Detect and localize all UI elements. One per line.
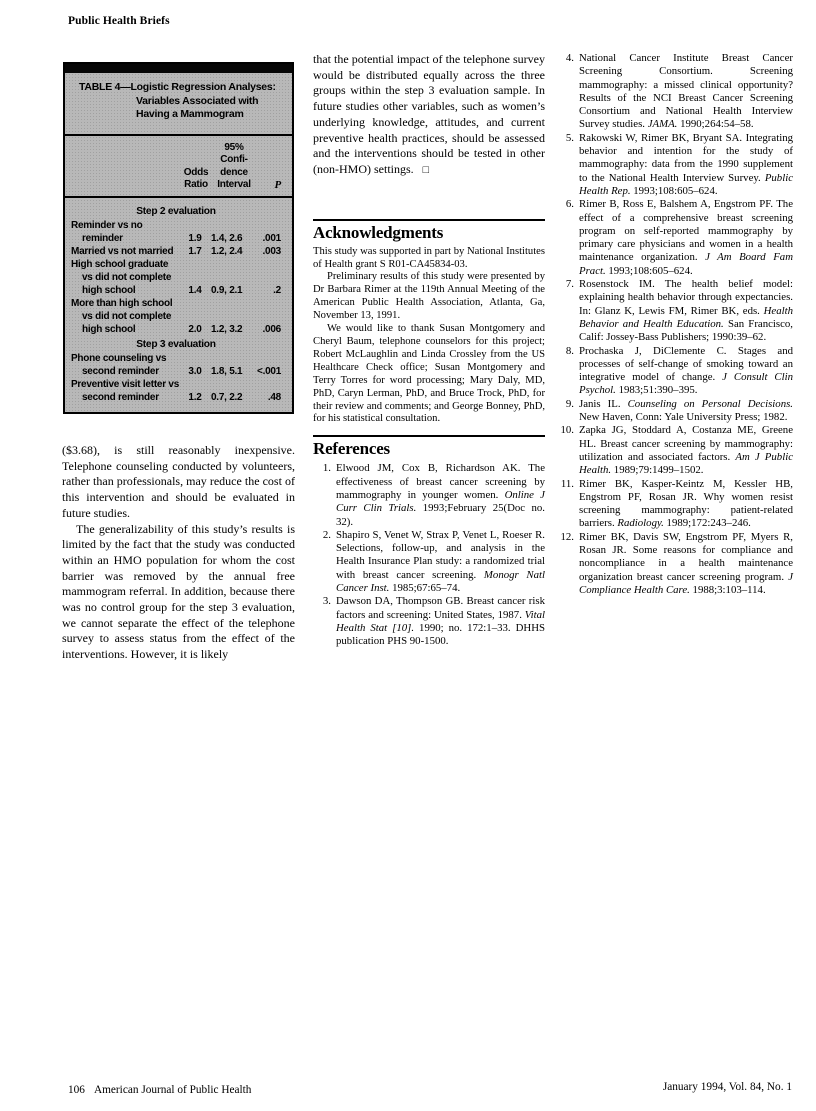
reference-text: Rosenstock IM. The health belief model: …: [579, 278, 793, 344]
table-ci-value: 1.8, 5.1: [210, 365, 257, 378]
body-paragraph-text: that the potential impact of the telepho…: [313, 52, 545, 176]
body-paragraph: ($3.68), is still reasonably inexpensive…: [62, 443, 295, 522]
section-rule: [313, 219, 545, 221]
reference-number: 10.: [556, 424, 574, 477]
reference-text: Rakowski W, Rimer BK, Bryant SA. Integra…: [579, 132, 793, 198]
table-ci-value: 0.7, 2.2: [210, 391, 257, 404]
reference-text: Elwood JM, Cox B, Richardson AK. The eff…: [336, 462, 545, 528]
journal-name: American Journal of Public Health: [94, 1084, 251, 1096]
reference-item: 10. Zapka JG, Stoddard A, Costanza ME, G…: [556, 424, 793, 477]
reference-number: 9.: [556, 398, 574, 425]
reference-item: 5. Rakowski W, Rimer BK, Bryant SA. Inte…: [556, 132, 793, 198]
table-4: TABLE 4—Logistic Regression Analyses: Va…: [63, 62, 294, 414]
journal-page: Public Health Briefs TABLE 4—Logistic Re…: [0, 0, 816, 1111]
reference-number: 1.: [313, 462, 331, 528]
table-row: Reminder vs no reminder 1.9 1.4, 2.6 .00…: [71, 219, 281, 245]
ci-label-line1: 95%: [224, 142, 243, 153]
reference-number: 8.: [556, 345, 574, 398]
ci-label-line4: Interval: [217, 179, 251, 190]
running-head: Public Health Briefs: [68, 15, 170, 27]
table-section-heading: Step 3 evaluation: [71, 336, 281, 352]
table-section-heading: Step 2 evaluation: [71, 203, 281, 219]
acknowledgments-heading: Acknowledgments: [313, 223, 545, 243]
table-row: Phone counseling vs second reminder 3.0 …: [71, 352, 281, 378]
column-header-confidence-interval: 95% Confi- dence Interval: [211, 142, 257, 192]
reference-text: Dawson DA, Thompson GB. Breast cancer ri…: [336, 595, 545, 648]
reference-item: 4. National Cancer Institute Breast Canc…: [556, 52, 793, 132]
reference-number: 5.: [556, 132, 574, 198]
footer-issue-info: January 1994, Vol. 84, No. 1: [663, 1081, 792, 1093]
table-odds-ratio-value: 1.4: [180, 284, 210, 297]
table-ci-value: 0.9, 2.1: [210, 284, 257, 297]
table-row: More than high school vs did not complet…: [71, 297, 281, 336]
table-top-bar: [65, 64, 292, 73]
acknowledgments-section: Acknowledgments This study was supported…: [313, 219, 545, 427]
references-heading: References: [313, 439, 545, 459]
table-p-value: <.001: [257, 365, 281, 378]
body-paragraph: that the potential impact of the telepho…: [313, 52, 545, 179]
acknowledgments-paragraph: We would like to thank Susan Montgomery …: [313, 323, 545, 426]
column-header-p: P: [257, 179, 281, 192]
body-paragraph: The generalizability of this study’s res…: [62, 522, 295, 663]
table-title: TABLE 4—Logistic Regression Analyses: Va…: [65, 73, 292, 134]
reference-item: 7. Rosenstock IM. The health belief mode…: [556, 278, 793, 344]
table-body: Step 2 evaluation Reminder vs no reminde…: [65, 198, 292, 412]
table-column-headers: Odds Ratio 95% Confi- dence Interval P: [65, 136, 292, 196]
reference-text: National Cancer Institute Breast Cancer …: [579, 52, 793, 132]
reference-item: 2. Shapiro S, Venet W, Strax P, Venet L,…: [313, 529, 545, 595]
table-odds-ratio-value: 1.7: [180, 245, 210, 258]
reference-text: Rimer BK, Kasper-Keintz M, Kessler HB, E…: [579, 478, 793, 531]
reference-text: Prochaska J, DiClemente C. Stages and pr…: [579, 345, 793, 398]
table-row-label: Married vs not married: [71, 245, 180, 258]
table-p-value: .48: [257, 391, 281, 404]
table-row-label: Phone counseling vs second reminder: [71, 352, 180, 378]
reference-number: 11.: [556, 478, 574, 531]
ci-label-line2: Confi-: [220, 154, 247, 165]
table-odds-ratio-value: 3.0: [180, 365, 210, 378]
reference-item: 9. Janis IL. Counseling on Personal Deci…: [556, 398, 793, 425]
table-p-value: .003: [257, 245, 281, 258]
reference-item: 12. Rimer BK, Davis SW, Engstrom PF, Mye…: [556, 531, 793, 597]
reference-text: Janis IL. Counseling on Personal Decisio…: [579, 398, 793, 425]
table-ci-value: 1.2, 3.2: [210, 323, 257, 336]
left-column: ($3.68), is still reasonably inexpensive…: [62, 443, 295, 663]
reference-list-col2: 4. National Cancer Institute Breast Canc…: [556, 52, 793, 597]
ci-label-line3: dence: [220, 167, 248, 178]
table-row: Preventive visit letter vs second remind…: [71, 378, 281, 404]
reference-text: Shapiro S, Venet W, Strax P, Venet L, Ro…: [336, 529, 545, 595]
table-odds-ratio-value: 2.0: [180, 323, 210, 336]
table-ci-value: 1.4, 2.6: [210, 232, 257, 245]
table-p-value: .2: [257, 284, 281, 297]
table-row-label: Preventive visit letter vs second remind…: [71, 378, 180, 404]
reference-number: 12.: [556, 531, 574, 597]
end-of-article-marker: □: [423, 165, 429, 176]
reference-item: 1. Elwood JM, Cox B, Richardson AK. The …: [313, 462, 545, 528]
reference-number: 7.: [556, 278, 574, 344]
acknowledgments-paragraph: Preliminary results of this study were p…: [313, 271, 545, 323]
right-column: 4. National Cancer Institute Breast Canc…: [556, 52, 793, 597]
odds-label-line1: Odds: [184, 167, 209, 178]
reference-number: 4.: [556, 52, 574, 132]
table-ci-value: 1.2, 2.4: [210, 245, 257, 258]
reference-item: 8. Prochaska J, DiClemente C. Stages and…: [556, 345, 793, 398]
table-row: High school graduate vs did not complete…: [71, 258, 281, 297]
reference-item: 11. Rimer BK, Kasper-Keintz M, Kessler H…: [556, 478, 793, 531]
table-row-label: High school graduate vs did not complete…: [71, 258, 180, 297]
table-p-value: .006: [257, 323, 281, 336]
table-p-value: .001: [257, 232, 281, 245]
acknowledgments-paragraph: This study was supported in part by Nati…: [313, 246, 545, 272]
section-rule: [313, 435, 545, 437]
table-row: Married vs not married 1.7 1.2, 2.4 .003: [71, 245, 281, 258]
reference-number: 6.: [556, 198, 574, 278]
references-section: References 1. Elwood JM, Cox B, Richards…: [313, 435, 545, 648]
middle-column: that the potential impact of the telepho…: [313, 52, 545, 648]
page-number: 106: [68, 1084, 85, 1096]
reference-text: Zapka JG, Stoddard A, Costanza ME, Green…: [579, 424, 793, 477]
reference-item: 6. Rimer B, Ross E, Balshem A, Engstrom …: [556, 198, 793, 278]
column-header-odds-ratio: Odds Ratio: [181, 167, 211, 192]
table-odds-ratio-value: 1.9: [180, 232, 210, 245]
reference-list-col1: 1. Elwood JM, Cox B, Richardson AK. The …: [313, 462, 545, 648]
table-row-label: More than high school vs did not complet…: [71, 297, 180, 336]
table-row-label: Reminder vs no reminder: [71, 219, 180, 245]
reference-number: 3.: [313, 595, 331, 648]
reference-number: 2.: [313, 529, 331, 595]
footer-left: 106American Journal of Public Health: [68, 1084, 251, 1096]
odds-label-line2: Ratio: [184, 179, 208, 190]
table-odds-ratio-value: 1.2: [180, 391, 210, 404]
reference-text: Rimer B, Ross E, Balshem A, Engstrom PF.…: [579, 198, 793, 278]
reference-text: Rimer BK, Davis SW, Engstrom PF, Myers R…: [579, 531, 793, 597]
reference-item: 3. Dawson DA, Thompson GB. Breast cancer…: [313, 595, 545, 648]
